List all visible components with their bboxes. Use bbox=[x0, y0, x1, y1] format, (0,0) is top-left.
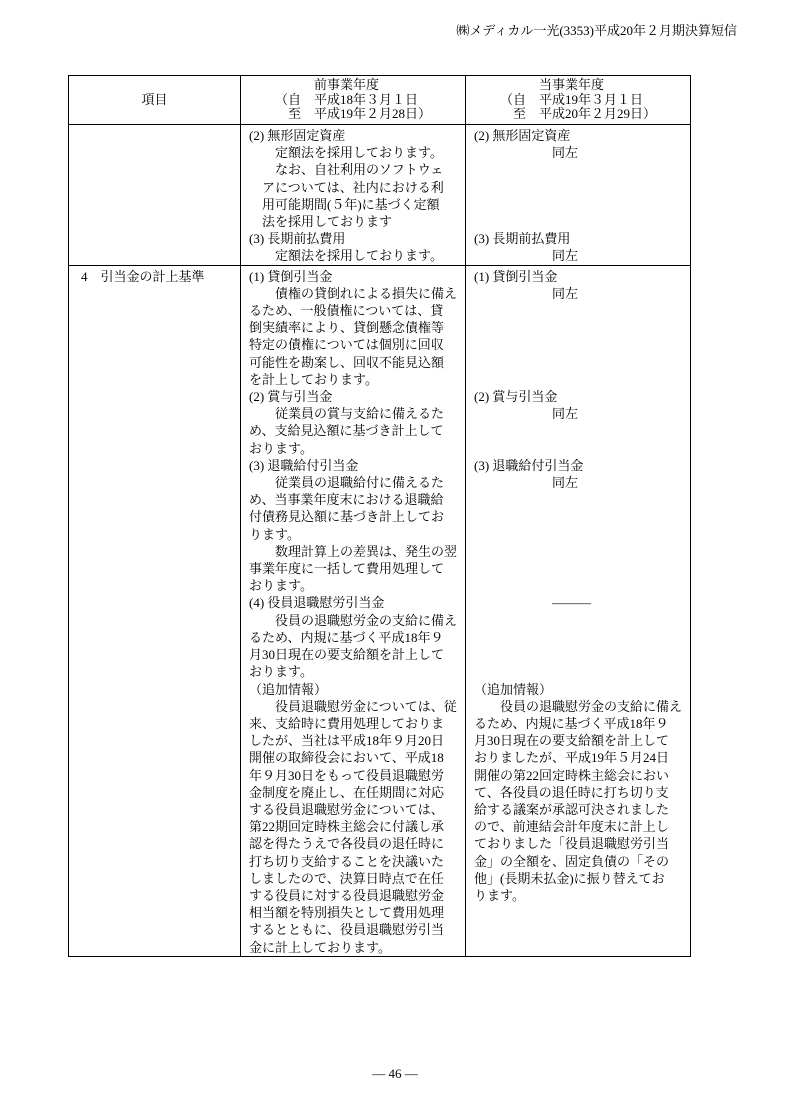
page-number: ― 46 ― bbox=[0, 1066, 790, 1082]
column-header-current-year-label: 当事業年度 （自 平成19年３月１日 至 平成20年２月29日） bbox=[500, 78, 656, 122]
current-year-cell-allowances: (1) 貸倒引当金 同左 (2) 賞与引当金 同左 (3) 退職給付引当金 同左… bbox=[466, 265, 691, 956]
column-header-item-label: 項目 bbox=[141, 93, 167, 108]
column-header-previous-year-label: 前事業年度 （自 平成18年３月１日 至 平成19年２月28日） bbox=[275, 78, 431, 122]
item-cell-allowances: 4 引当金の計上基準 bbox=[69, 265, 241, 956]
previous-year-cell-allowances: (1) 貸倒引当金 債権の貸倒れによる損失に備え るため、一般債権については、貸… bbox=[241, 265, 466, 956]
column-header-current-year: 当事業年度 （自 平成19年３月１日 至 平成20年２月29日） bbox=[466, 76, 691, 125]
document-page: ㈱メディカル一光(3353)平成20年２月期決算短信 項目 前事業年度 （自 平… bbox=[0, 0, 790, 1118]
previous-year-cell-intangible-assets: (2) 無形固定資産 定額法を採用しております。 なお、自社利用のソフトウェ ア… bbox=[241, 125, 466, 266]
table-row-allowances: 4 引当金の計上基準 (1) 貸倒引当金 債権の貸倒れによる損失に備え るため、… bbox=[69, 265, 691, 956]
current-year-cell-intangible-assets: (2) 無形固定資産 同左 (3) 長期前払費用 同左 bbox=[466, 125, 691, 266]
table-row-intangible-assets: (2) 無形固定資産 定額法を採用しております。 なお、自社利用のソフトウェ ア… bbox=[69, 125, 691, 266]
accounting-policy-table: 項目 前事業年度 （自 平成18年３月１日 至 平成19年２月28日） 当事業年… bbox=[68, 75, 691, 957]
table-header-row: 項目 前事業年度 （自 平成18年３月１日 至 平成19年２月28日） 当事業年… bbox=[69, 76, 691, 125]
document-header-title: ㈱メディカル一光(3353)平成20年２月期決算短信 bbox=[456, 20, 737, 39]
item-cell-empty bbox=[69, 125, 241, 266]
column-header-previous-year: 前事業年度 （自 平成18年３月１日 至 平成19年２月28日） bbox=[241, 76, 466, 125]
column-header-item: 項目 bbox=[69, 76, 241, 125]
